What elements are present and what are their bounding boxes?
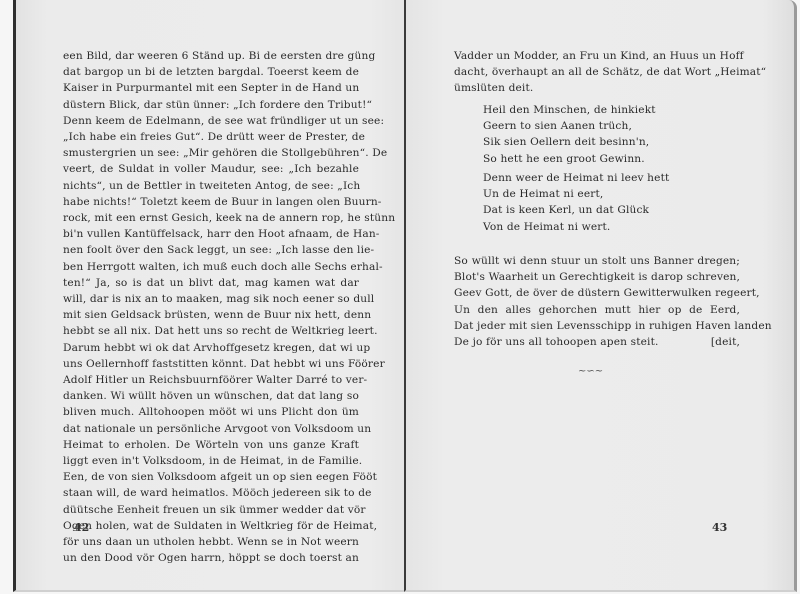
text-line: ben Herrgott walten, ich muß euch doch a… — [63, 259, 359, 275]
ornament-divider: ~∽~ — [578, 366, 603, 377]
text-line: dacht, överhaupt an all de Schätz, de da… — [454, 64, 740, 80]
text-line: De jo för uns all tohoopen apen steit.[d… — [454, 334, 740, 350]
text-line: rock, mit een ernst Gesich, keek na de a… — [63, 210, 359, 226]
text-line: Un den alles gehorchen mutt hier op de E… — [454, 302, 740, 318]
text-line: staan will, de ward heimatlos. Mööch jed… — [63, 485, 359, 501]
verse-line: Sik sien Oellern deit besinn'n, — [483, 134, 723, 150]
verse-line: Heil den Minschen, de hinkiekt — [483, 102, 723, 118]
text-line: dat nationale un persönliche Arvgoot von… — [63, 421, 359, 437]
text-line: bi'n vullen Kantüffelsack, harr den Hoot… — [63, 226, 359, 242]
text-line: een Bild, dar weeren 6 Ständ up. Bi de e… — [63, 48, 359, 64]
text-line: Heimat to erholen. De Wörteln von uns ga… — [63, 437, 359, 453]
text-line: mit sien Geldsack brüsten, wenn de Buur … — [63, 307, 359, 323]
text-line: Kaiser in Purpurmantel mit een Septer in… — [63, 80, 359, 96]
text-line: will, dar is nix an to maaken, mag sik n… — [63, 291, 359, 307]
text-line: liggt even in't Volksdoom, in de Heimat,… — [63, 453, 359, 469]
text-line: düstern Blick, dar stün ünner: „Ich ford… — [63, 97, 359, 113]
book-spread: een Bild, dar weeren 6 Ständ up. Bi de e… — [0, 0, 800, 594]
text-line: ümslüten deit. — [454, 80, 740, 96]
text-line: hebbt se all nix. Dat hett uns so recht … — [63, 323, 359, 339]
text-line: Blot's Waarheit un Gerechtigkeit is daro… — [454, 269, 740, 285]
page-number-left: 42 — [74, 521, 89, 534]
text-line: danken. Wi wüllt höven un wünschen, dat … — [63, 388, 359, 404]
right-page: Vadder un Modder, an Fru un Kind, an Huu… — [404, 0, 797, 592]
text-line: un den Dood vör Ogen harrn, höppt se doc… — [63, 550, 359, 566]
text-line: nen foolt över den Sack leggt, un see: „… — [63, 242, 359, 258]
text-line: Dat jeder mit sien Levensschipp in ruhig… — [454, 318, 740, 334]
text-line: So wüllt wi denn stuur un stolt uns Bann… — [454, 253, 740, 269]
right-page-intro: Vadder un Modder, an Fru un Kind, an Huu… — [454, 48, 740, 97]
text-line: Een, de von sien Volksdoom afgeit un op … — [63, 469, 359, 485]
text-line: för uns daan un utholen hebbt. Wenn se i… — [63, 534, 359, 550]
text-line: Vadder un Modder, an Fru un Kind, an Huu… — [454, 48, 740, 64]
verse-stanza-1: Heil den Minschen, de hinkiektGeern to s… — [483, 102, 723, 167]
text-line: nichts“, un de Bettler in tweiteten Anto… — [63, 178, 359, 194]
verse-line: Von de Heimat ni wert. — [483, 219, 723, 235]
text-line: veert, de Suldat in voller Maudur, see: … — [63, 161, 359, 177]
right-page-closing: So wüllt wi denn stuur un stolt uns Bann… — [454, 253, 740, 350]
text-line: düütsche Eenheit freuen un sik ümmer wed… — [63, 502, 359, 518]
left-page-body: een Bild, dar weeren 6 Ständ up. Bi de e… — [63, 48, 359, 567]
verse-line: Un de Heimat ni eert, — [483, 186, 723, 202]
text-line: Darum hebbt wi ok dat Arvhoffgesetz kreg… — [63, 340, 359, 356]
text-line: Adolf Hitler un Reichsbuurnföörer Walter… — [63, 372, 359, 388]
text-line: ten!“ Ja, so is dat un blivt dat, mag ka… — [63, 275, 359, 291]
verse-line: Geern to sien Aanen trüch, — [483, 118, 723, 134]
verse-stanza-2: Denn weer de Heimat ni leev hettUn de He… — [483, 170, 723, 235]
text-line: „Ich habe ein freies Gut“. De drütt weer… — [63, 129, 359, 145]
verse-line: So hett he een groot Gewinn. — [483, 151, 723, 167]
text-line: smustergrien un see: „Mir gehören die St… — [63, 145, 359, 161]
text-line: dat bargop un bi de letzten bargdal. Toe… — [63, 64, 359, 80]
verse-line: Dat is keen Kerl, un dat Glück — [483, 202, 723, 218]
text-line: bliven much. Alltohoopen mööt wi uns Pli… — [63, 404, 359, 420]
page-number-right: 43 — [712, 521, 727, 534]
left-page: een Bild, dar weeren 6 Ständ up. Bi de e… — [13, 0, 408, 592]
verse-line: Denn weer de Heimat ni leev hett — [483, 170, 723, 186]
hyphen-carryover: [deit, — [711, 334, 740, 350]
text-line: Denn keem de Edelmann, de see wat fründl… — [63, 113, 359, 129]
text-line: uns Oellernhoff faststitten könnt. Dat h… — [63, 356, 359, 372]
text-line: habe nichts!“ Toletzt keem de Buur in la… — [63, 194, 359, 210]
text-line: Geev Gott, de över de düstern Gewitterwu… — [454, 285, 740, 301]
text-line: Ogen holen, wat de Suldaten in Weltkrieg… — [63, 518, 359, 534]
